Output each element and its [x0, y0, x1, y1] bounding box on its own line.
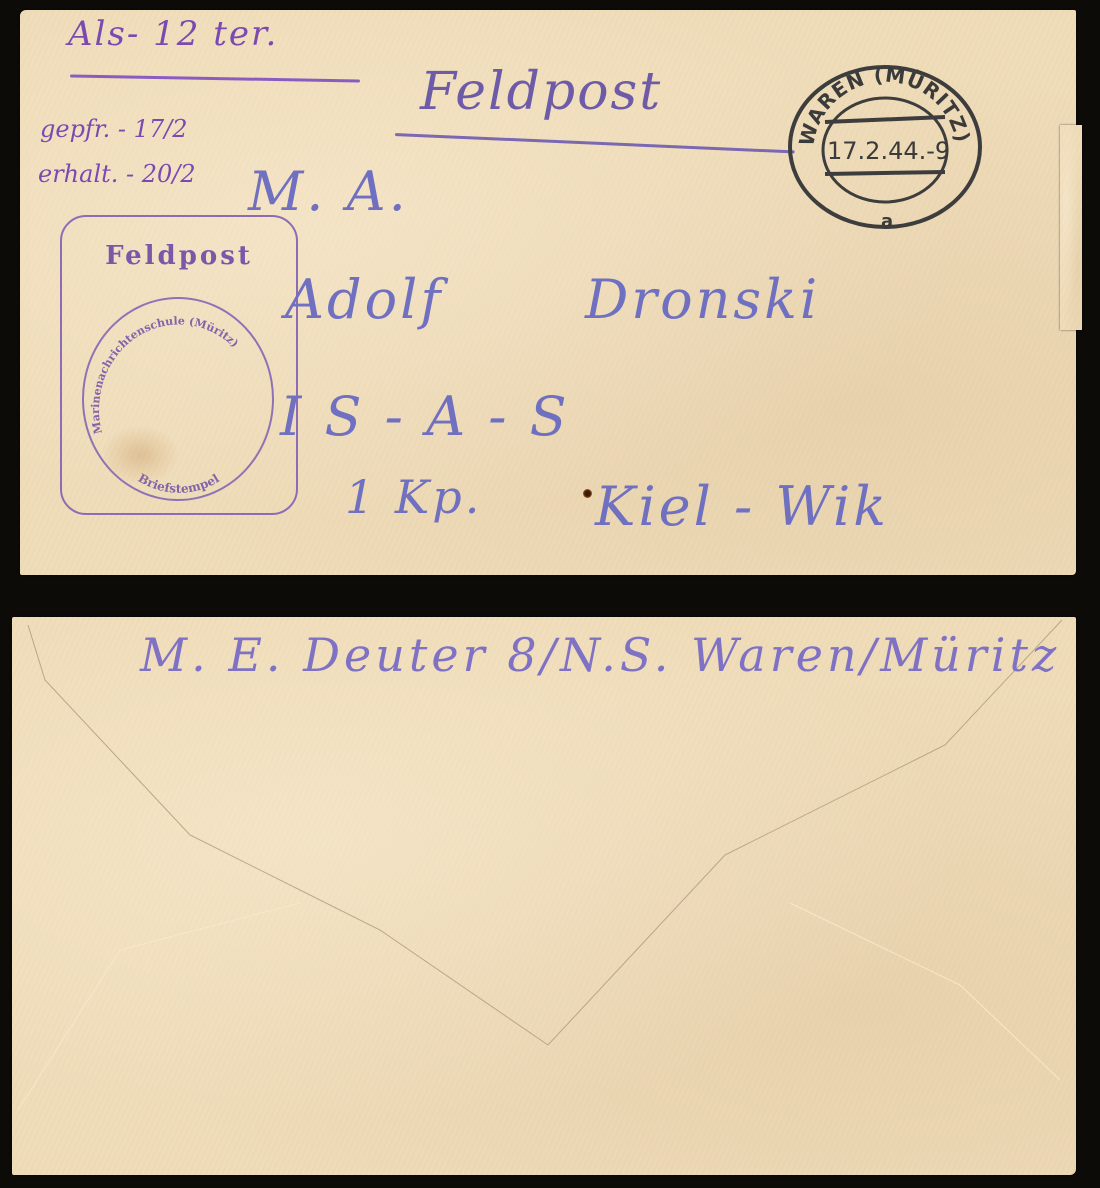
- back-sender-address: M. E. Deuter 8/N.S. Waren/Müritz: [140, 628, 1060, 682]
- envelope-flap-lines: [0, 0, 1100, 1188]
